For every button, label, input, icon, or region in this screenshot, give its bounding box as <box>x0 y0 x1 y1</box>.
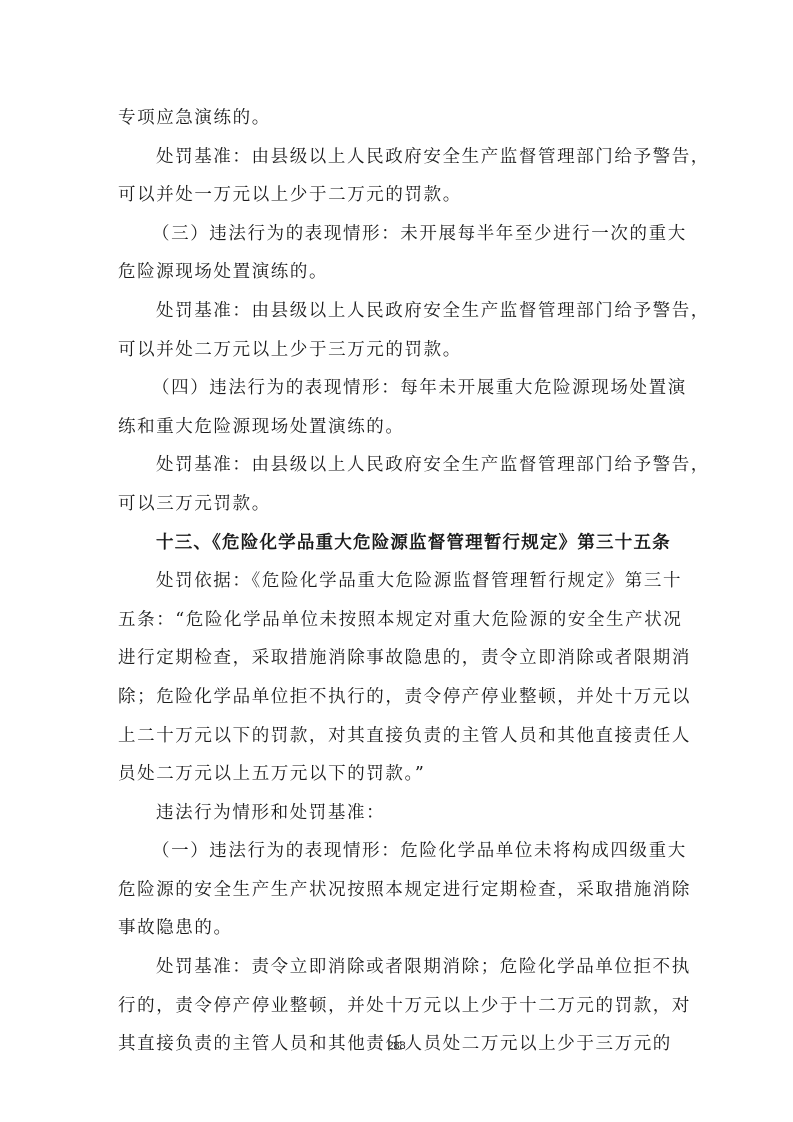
section-heading: 十三、《危险化学品重大危险源监督管理暂行规定》第三十五条 <box>118 524 678 563</box>
body-text-line: 五条：“危险化学品单位未按照本规定对重大危险源的安全生产状况 <box>118 601 678 640</box>
body-text-line: 可以并处二万元以上少于三万元的罚款。 <box>118 331 678 370</box>
body-text-line: 上二十万元以下的罚款，对其直接负责的主管人员和其他直接责任人 <box>118 717 678 756</box>
document-page: 专项应急演练的。 处罚基准：由县级以上人民政府安全生产监督管理部门给予警告， 可… <box>118 99 678 1064</box>
body-text-line: 可以三万元罚款。 <box>118 485 678 524</box>
violation-item-3: （三）违法行为的表现情形：未开展每半年至少进行一次的重大 <box>118 215 678 254</box>
page-number: 288 <box>0 1040 793 1052</box>
body-text-line: 行的，责令停产停业整顿，并处十万元以上少于十二万元的罚款，对 <box>118 987 678 1026</box>
body-text-line: 除；危险化学品单位拒不执行的，责令停产停业整顿，并处十万元以 <box>118 678 678 717</box>
penalty-standard-paragraph: 处罚基准：责令立即消除或者限期消除；危险化学品单位拒不执 <box>118 948 678 987</box>
penalty-standard-paragraph: 处罚基准：由县级以上人民政府安全生产监督管理部门给予警告， <box>118 446 678 485</box>
penalty-standard-paragraph: 处罚基准：由县级以上人民政府安全生产监督管理部门给予警告， <box>118 292 678 331</box>
body-text-line: 练和重大危险源现场处置演练的。 <box>118 408 678 447</box>
penalty-basis-paragraph: 处罚依据：《危险化学品重大危险源监督管理暂行规定》第三十 <box>118 562 678 601</box>
body-text-line: 专项应急演练的。 <box>118 99 678 138</box>
subsection-label: 违法行为情形和处罚基准： <box>118 794 678 833</box>
violation-item-1: （一）违法行为的表现情形：危险化学品单位未将构成四级重大 <box>118 832 678 871</box>
body-text-line: 可以并处一万元以上少于二万元的罚款。 <box>118 176 678 215</box>
body-text-line: 员处二万元以上五万元以下的罚款。” <box>118 755 678 794</box>
body-text-line: 危险源现场处置演练的。 <box>118 253 678 292</box>
violation-item-4: （四）违法行为的表现情形：每年未开展重大危险源现场处置演 <box>118 369 678 408</box>
body-text-line: 危险源的安全生产生产状况按照本规定进行定期检查，采取措施消除 <box>118 871 678 910</box>
body-text-line: 事故隐患的。 <box>118 909 678 948</box>
penalty-standard-paragraph: 处罚基准：由县级以上人民政府安全生产监督管理部门给予警告， <box>118 138 678 177</box>
body-text-line: 进行定期检查，采取措施消除事故隐患的，责令立即消除或者限期消 <box>118 639 678 678</box>
